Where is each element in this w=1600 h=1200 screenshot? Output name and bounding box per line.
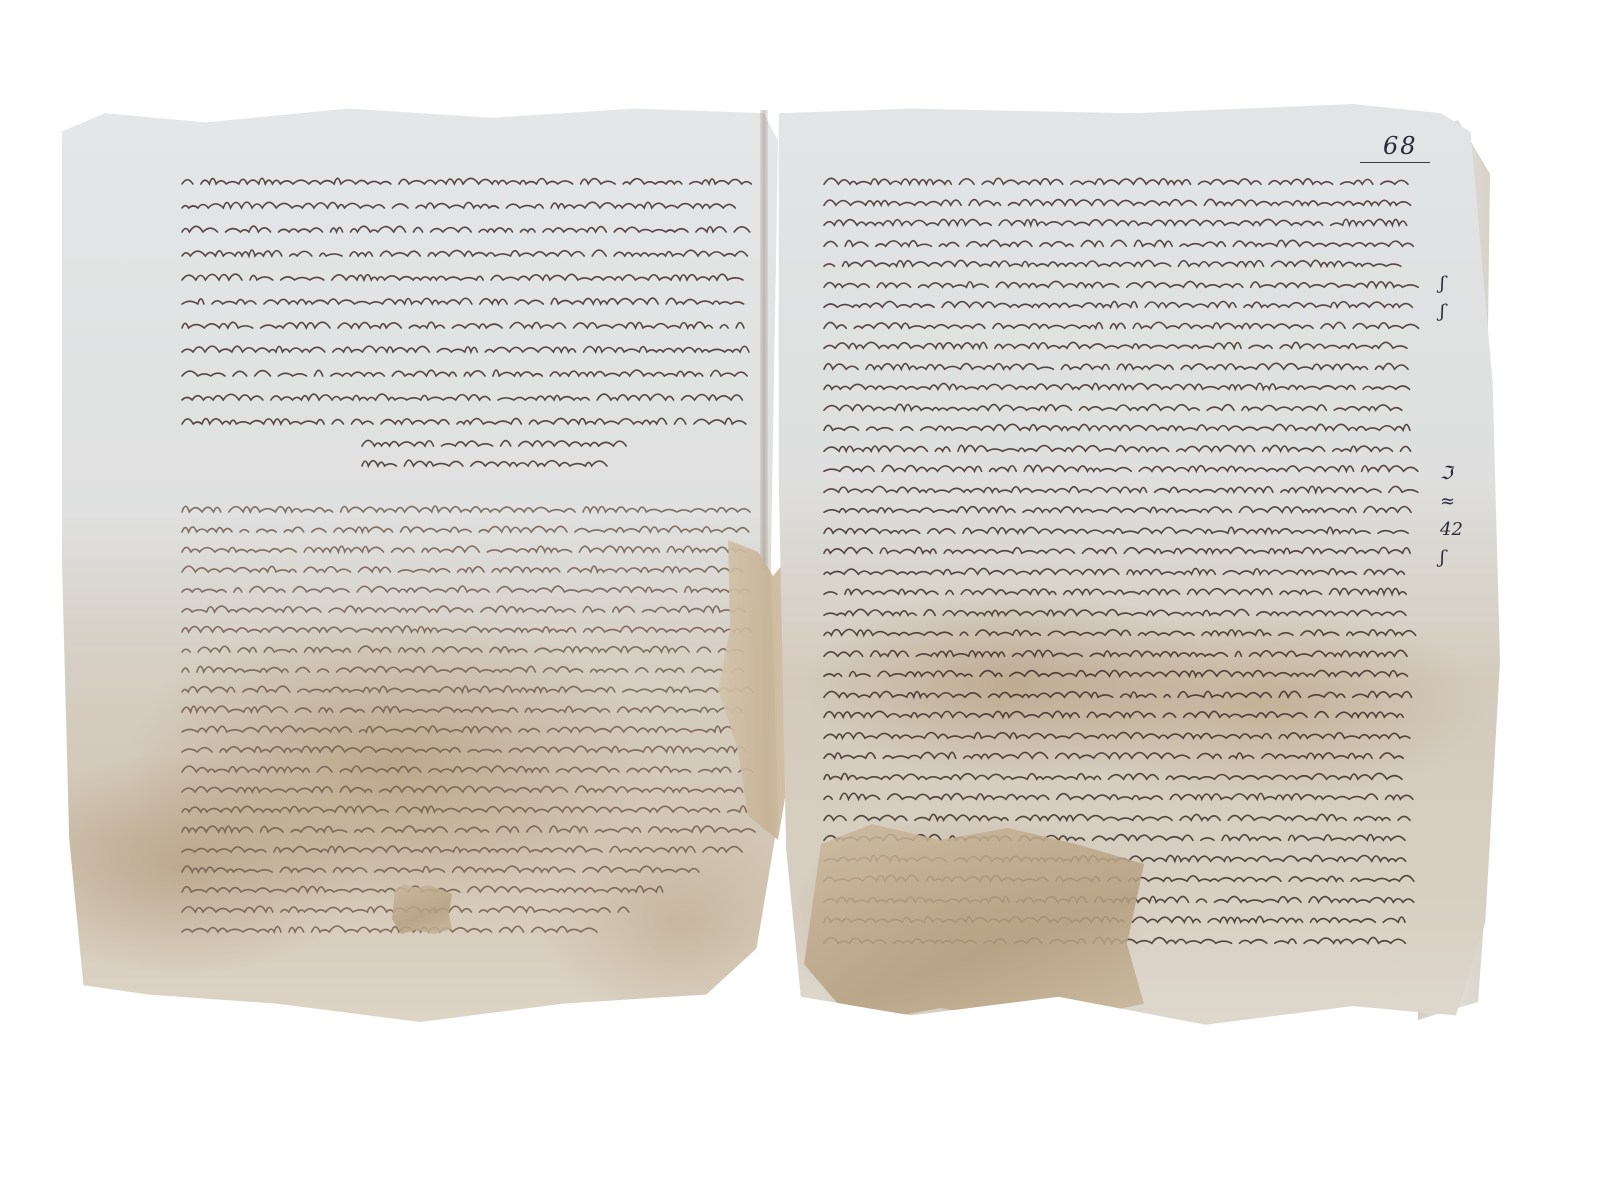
script-line xyxy=(182,762,742,782)
marginal-notes: ʃ ʃ xyxy=(1440,270,1445,326)
ink-stroke xyxy=(824,625,1404,646)
ink-stroke xyxy=(824,318,1404,339)
ink-stroke xyxy=(824,420,1404,441)
script-line xyxy=(824,338,1404,359)
right-page-loss xyxy=(804,824,1144,1024)
script-line xyxy=(824,379,1404,400)
marginal-note: ℑ xyxy=(1440,460,1463,488)
script-line xyxy=(824,687,1404,708)
script-line xyxy=(182,802,742,822)
script-line xyxy=(182,902,742,922)
script-line xyxy=(182,822,742,842)
script-line xyxy=(824,707,1404,728)
script-line xyxy=(182,622,742,642)
script-line xyxy=(182,842,742,862)
ink-stroke xyxy=(182,922,582,942)
left-lower-paragraph xyxy=(182,502,742,942)
ink-stroke xyxy=(182,196,742,220)
script-line xyxy=(824,523,1404,544)
script-line xyxy=(182,542,742,562)
ink-stroke xyxy=(182,562,742,582)
ink-stroke xyxy=(182,582,742,602)
script-line xyxy=(824,359,1404,380)
ink-stroke xyxy=(182,662,742,682)
script-line xyxy=(182,922,742,942)
script-line xyxy=(182,742,742,762)
ink-stroke xyxy=(824,195,1404,216)
script-line xyxy=(182,502,742,522)
ink-stroke xyxy=(824,359,1404,380)
gutter xyxy=(760,110,768,570)
script-line xyxy=(182,172,742,196)
script-line xyxy=(824,195,1404,216)
script-line xyxy=(824,666,1404,687)
script-line xyxy=(824,297,1404,318)
script-line xyxy=(824,605,1404,626)
script-line xyxy=(824,256,1404,277)
ink-stroke xyxy=(182,762,742,782)
ink-stroke xyxy=(824,810,1404,831)
script-line xyxy=(182,364,742,388)
script-line xyxy=(362,456,622,476)
ink-stroke xyxy=(182,316,742,340)
ink-stroke xyxy=(182,622,742,642)
ink-stroke xyxy=(824,482,1404,503)
script-line xyxy=(824,482,1404,503)
script-line xyxy=(182,722,742,742)
script-line xyxy=(824,174,1404,195)
ink-stroke xyxy=(182,388,742,412)
script-line xyxy=(824,564,1404,585)
ink-stroke xyxy=(824,646,1404,667)
script-line xyxy=(824,502,1404,523)
marginal-note: ʃ xyxy=(1440,298,1445,326)
ink-stroke xyxy=(182,742,742,762)
script-line xyxy=(182,268,742,292)
ink-stroke xyxy=(824,789,1404,810)
ink-stroke xyxy=(824,379,1404,400)
ink-stroke xyxy=(182,842,742,862)
script-line xyxy=(824,728,1404,749)
ink-stroke xyxy=(824,236,1404,257)
ink-stroke xyxy=(824,400,1404,421)
ink-stroke xyxy=(824,728,1404,749)
left-heading xyxy=(362,436,622,476)
ink-stroke xyxy=(182,412,742,436)
script-line xyxy=(182,388,742,412)
ink-stroke xyxy=(824,461,1404,482)
script-line xyxy=(824,625,1404,646)
ink-stroke xyxy=(182,822,742,842)
ink-stroke xyxy=(824,256,1404,277)
script-line xyxy=(182,702,742,722)
ink-stroke xyxy=(182,292,742,316)
ink-stroke xyxy=(182,722,742,742)
script-line xyxy=(182,602,742,622)
script-line xyxy=(824,789,1404,810)
ink-stroke xyxy=(824,338,1404,359)
right-folio xyxy=(764,104,1500,1034)
ink-stroke xyxy=(824,215,1404,236)
left-upper-paragraph xyxy=(182,172,742,436)
marginal-note: ʃ xyxy=(1440,270,1445,298)
ink-stroke xyxy=(182,220,742,244)
script-line xyxy=(182,642,742,662)
ink-stroke xyxy=(824,174,1404,195)
folio-number: 68 xyxy=(1383,132,1418,160)
script-line xyxy=(182,662,742,682)
marginal-note: 42 xyxy=(1440,516,1463,544)
ink-stroke xyxy=(824,441,1404,462)
ink-stroke xyxy=(182,364,742,388)
script-line xyxy=(824,441,1404,462)
marginal-notes-lower: ℑ ≈ 42 ʃ xyxy=(1440,460,1463,572)
ink-stroke xyxy=(182,502,742,522)
ink-stroke xyxy=(362,436,622,456)
ink-stroke xyxy=(182,602,742,622)
script-line xyxy=(824,810,1404,831)
script-line xyxy=(182,562,742,582)
script-line xyxy=(824,215,1404,236)
ink-stroke xyxy=(182,542,742,562)
script-line xyxy=(182,782,742,802)
ink-stroke xyxy=(182,244,742,268)
script-line xyxy=(182,582,742,602)
ink-stroke xyxy=(182,682,742,702)
marginal-note: ≈ xyxy=(1440,488,1463,516)
ink-stroke xyxy=(824,666,1404,687)
ink-stroke xyxy=(824,543,1404,564)
script-line xyxy=(824,646,1404,667)
ink-stroke xyxy=(182,702,742,722)
script-line xyxy=(824,277,1404,298)
script-line xyxy=(824,420,1404,441)
script-line xyxy=(824,461,1404,482)
script-line xyxy=(182,316,742,340)
ink-stroke xyxy=(182,340,742,364)
left-folio xyxy=(62,104,778,1022)
ink-stroke xyxy=(824,584,1404,605)
ink-stroke xyxy=(182,862,702,882)
ink-stroke xyxy=(824,748,1404,769)
script-line xyxy=(182,220,742,244)
ink-stroke xyxy=(182,172,742,196)
script-line xyxy=(182,862,742,882)
script-line xyxy=(824,318,1404,339)
ink-stroke xyxy=(182,802,742,822)
ink-stroke xyxy=(824,523,1404,544)
script-line xyxy=(182,340,742,364)
marginal-note: ʃ xyxy=(1440,544,1463,572)
script-line xyxy=(182,292,742,316)
ink-stroke xyxy=(824,605,1404,626)
script-line xyxy=(182,522,742,542)
ink-stroke xyxy=(824,502,1404,523)
script-line xyxy=(182,244,742,268)
script-line xyxy=(362,436,622,456)
script-line xyxy=(824,400,1404,421)
ink-stroke xyxy=(824,687,1404,708)
ink-stroke xyxy=(182,782,742,802)
ink-stroke xyxy=(182,642,742,662)
ink-stroke xyxy=(824,564,1404,585)
script-line xyxy=(182,196,742,220)
ink-stroke xyxy=(824,297,1404,318)
script-line xyxy=(182,412,742,436)
ink-stroke xyxy=(182,268,742,292)
script-line xyxy=(824,748,1404,769)
script-line xyxy=(182,682,742,702)
ink-stroke xyxy=(824,707,1404,728)
script-line xyxy=(824,543,1404,564)
left-hole xyxy=(392,884,452,934)
script-line xyxy=(824,236,1404,257)
script-line xyxy=(824,769,1404,790)
folio-underline xyxy=(1360,162,1430,163)
ink-stroke xyxy=(362,456,602,476)
script-line xyxy=(182,882,742,902)
ink-stroke xyxy=(182,522,742,542)
ink-stroke xyxy=(824,277,1404,298)
ink-stroke xyxy=(824,769,1404,790)
script-line xyxy=(824,584,1404,605)
